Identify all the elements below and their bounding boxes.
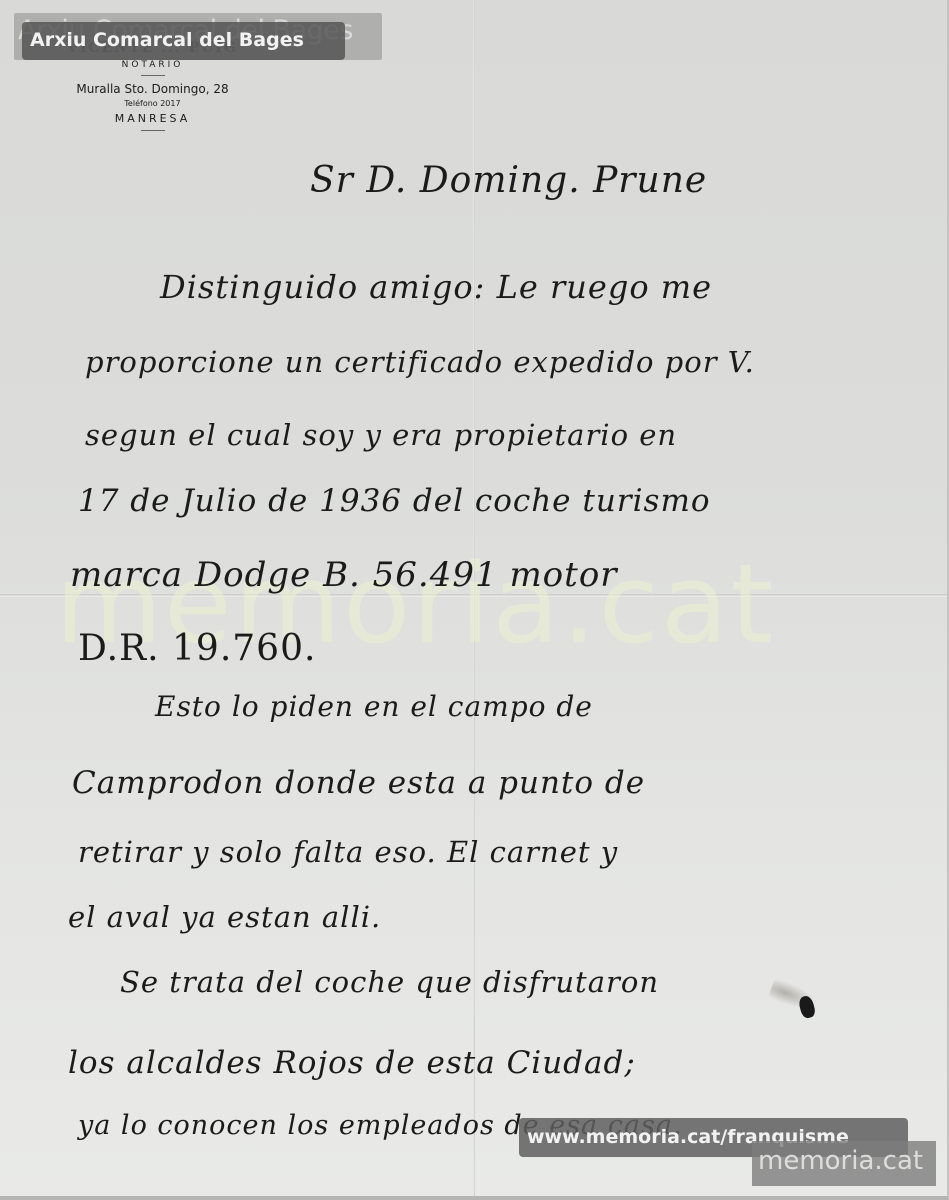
letterhead-rule [141, 75, 165, 76]
letter-line: Esto lo piden en el campo de [155, 690, 593, 723]
salutation-recipient: Sr D. Doming. Prune [310, 160, 707, 201]
letter-line: el aval ya estan alli. [68, 900, 381, 934]
notary-phone: Teléfono 2017 [55, 99, 250, 108]
letter-line-engine: D.R. 19.760. [78, 628, 316, 669]
letter-line: retirar y solo falta eso. El carnet y [78, 835, 618, 869]
notary-address: Muralla Sto. Domingo, 28 [55, 82, 250, 96]
letter-line: segun el cual soy y era propietario en [85, 418, 677, 452]
brand-watermark: memoria.cat [758, 1146, 923, 1176]
letter-line-vehicle: marca Dodge B. 56.491 motor [70, 555, 618, 595]
archive-label: Arxiu Comarcal del Bages [30, 29, 304, 51]
notary-title: NOTARIO [55, 60, 250, 70]
letter-line: los alcaldes Rojos de esta Ciudad; [68, 1045, 636, 1081]
notary-city: MANRESA [55, 112, 250, 125]
letter-line: Distinguido amigo: Le ruego me [160, 268, 712, 306]
letter-line: Camprodon donde esta a punto de [72, 765, 645, 801]
letter-line: Se trata del coche que disfrutaron [120, 965, 659, 999]
letter-line: proporcione un certificado expedido por … [85, 345, 755, 379]
letterhead-rule-bottom [141, 130, 165, 131]
letter-line: 17 de Julio de 1936 del coche turismo [78, 483, 711, 519]
